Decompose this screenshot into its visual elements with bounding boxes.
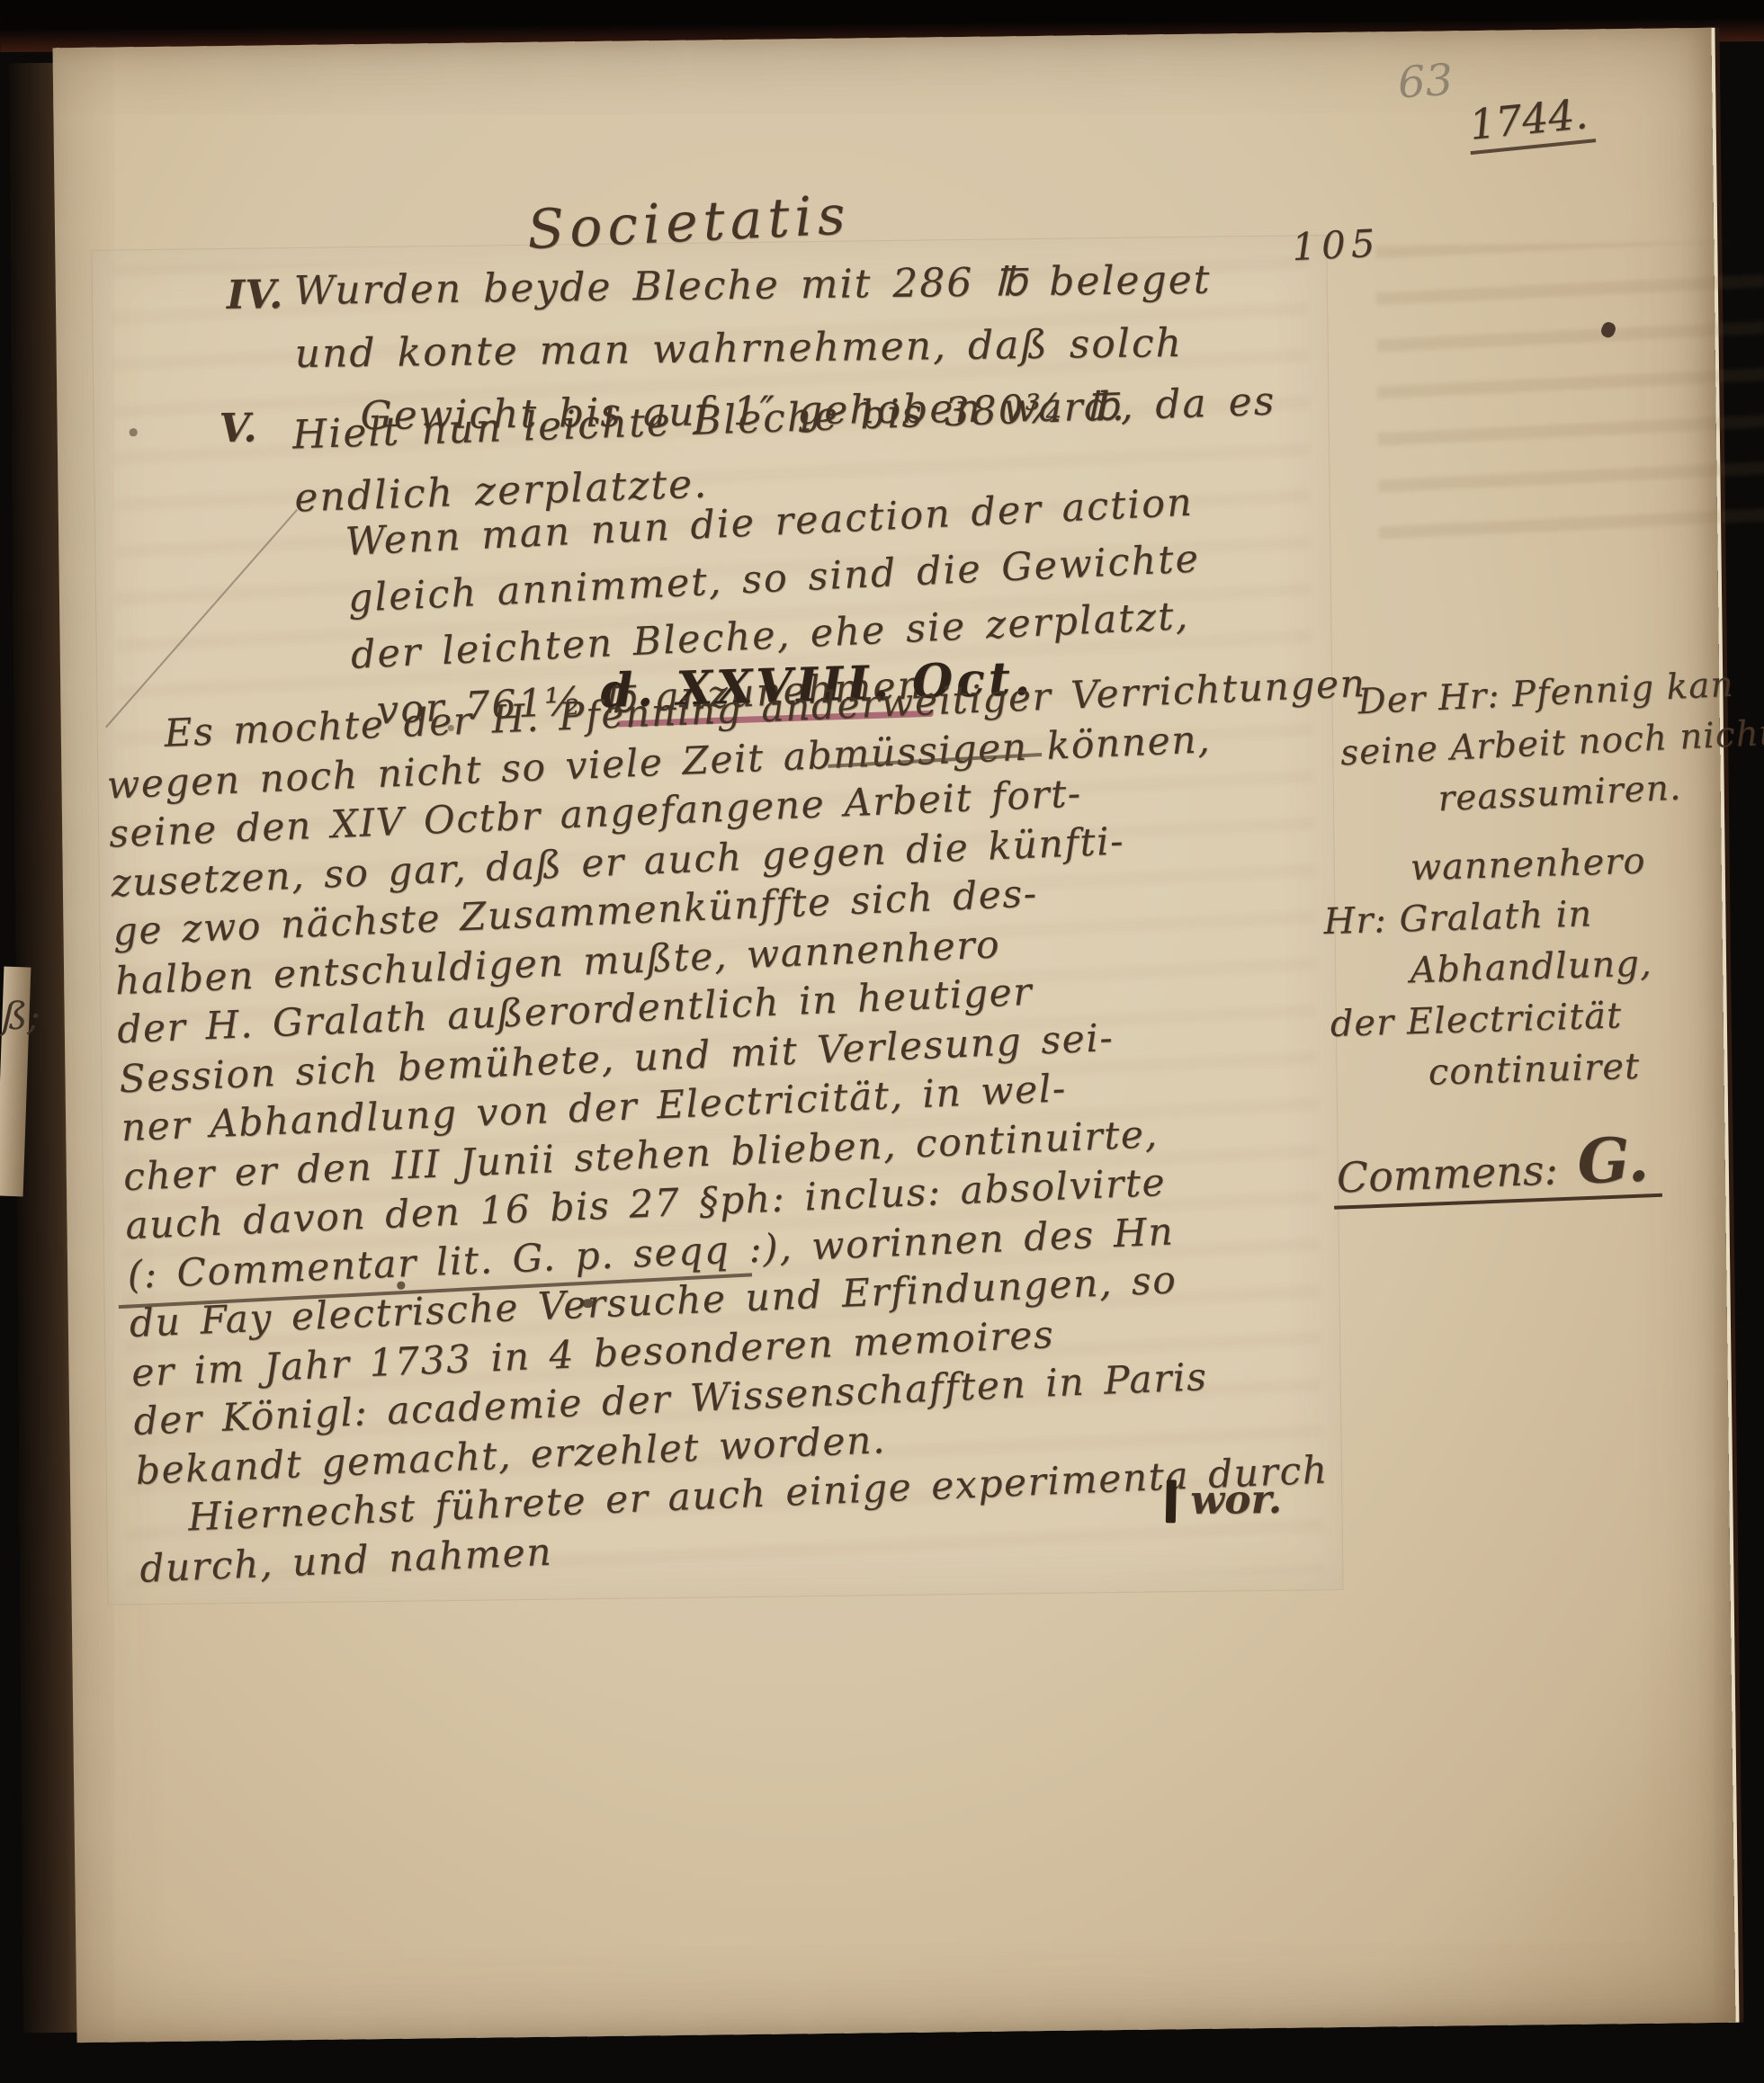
item-iv-numeral: IV. — [227, 272, 283, 318]
catchword: wor. — [1190, 1477, 1282, 1524]
ink-speck — [583, 1299, 594, 1308]
session-main-paragraph: Es mochte der H. Pfenning anderweitiger … — [104, 662, 1400, 1596]
text-line: Wurden beyde Bleche mit 286 ℔ beleget — [294, 257, 1212, 331]
fragment-text: ß; — [2, 994, 41, 1039]
ink-mark — [1166, 1480, 1177, 1523]
ink-speck — [397, 1282, 405, 1290]
commens-label: Commens: — [1336, 1145, 1559, 1202]
item-v-numeral: V. — [219, 406, 256, 452]
ink-speck — [1599, 320, 1618, 340]
page-number: 105 — [1291, 221, 1381, 270]
ink-speck — [130, 428, 138, 436]
margin-note-gralath: wannenheroHr: Gralath inAbhandlung,der E… — [1316, 837, 1746, 1106]
margin-note-commens: Commens:G. — [1332, 1141, 1663, 1210]
margin-note-pfennig: Der Hr: Pfennig kanseine Arbeit noch nic… — [1337, 663, 1764, 835]
year-annotation: 1744. — [1465, 88, 1596, 155]
ink-speck — [448, 725, 454, 731]
text-line: und konte man wahrnehmen, daß solch — [294, 320, 1212, 394]
folio-number-pencil: 63 — [1396, 55, 1455, 109]
manuscript-page: 63 1744. Societatis 105 IV. Wurden beyde… — [53, 28, 1736, 2043]
ink-bleedthrough-right-margin — [1375, 241, 1764, 542]
catchword-block: wor. — [1166, 1477, 1282, 1524]
commens-initial: G. — [1576, 1123, 1650, 1198]
